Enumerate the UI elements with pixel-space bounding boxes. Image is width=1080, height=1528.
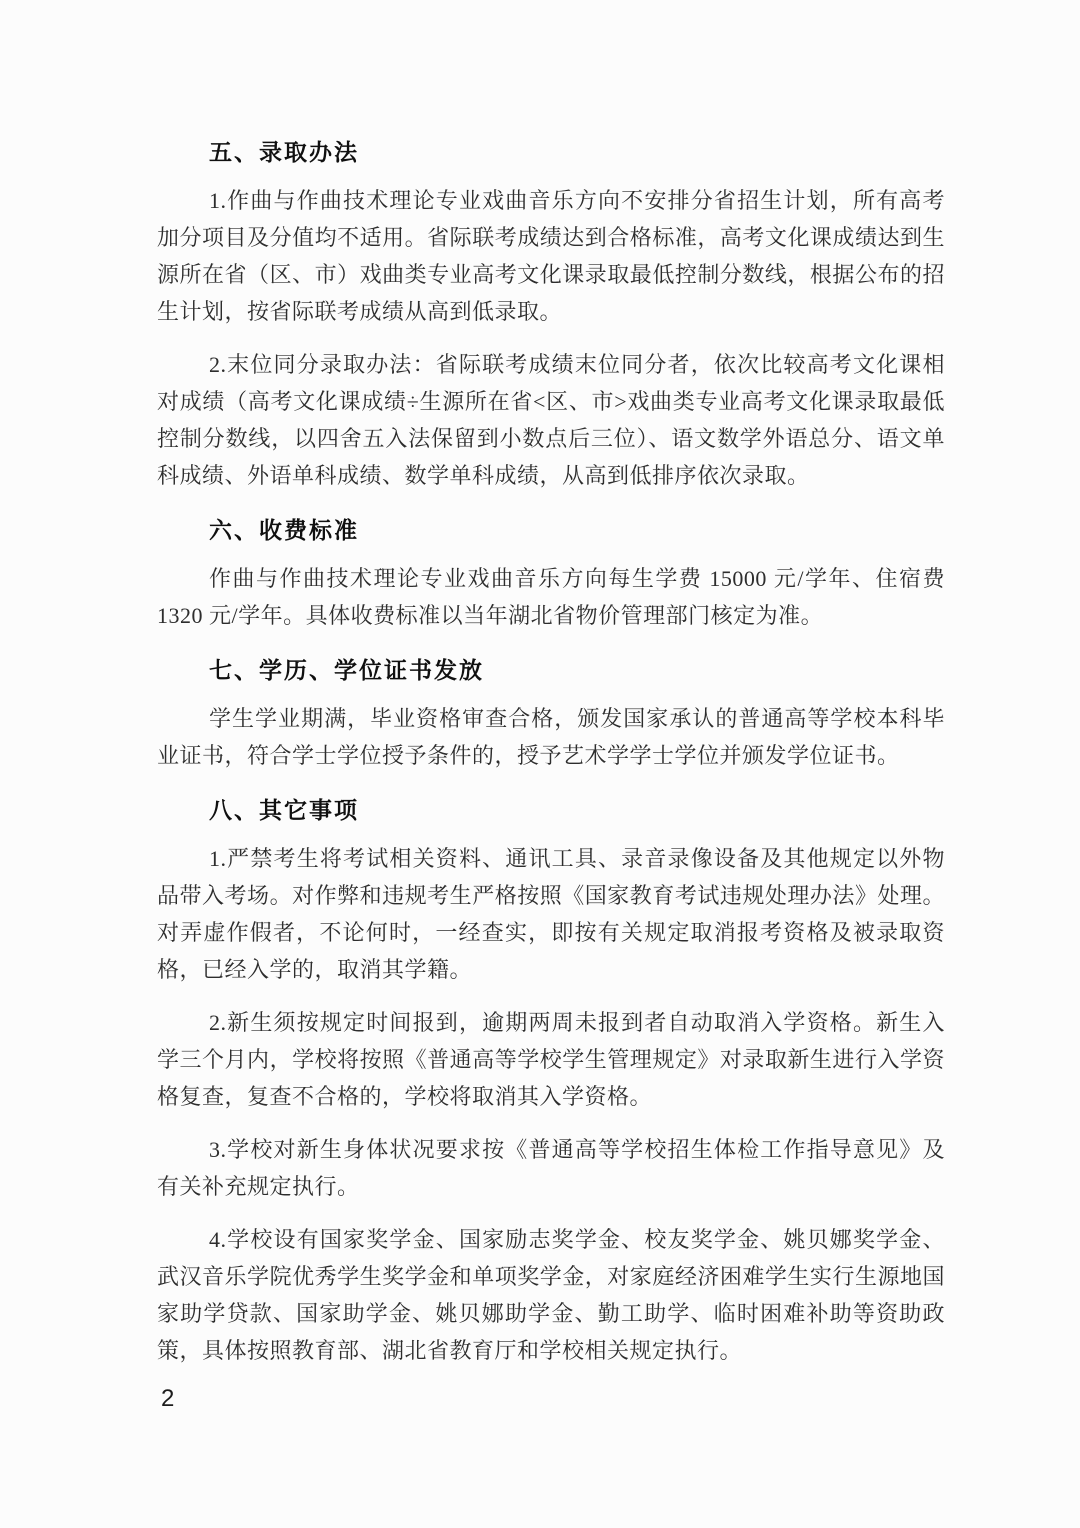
section-fees: 六、收费标准 作曲与作曲技术理论专业戏曲音乐方向每生学费 15000 元/学年、… <box>157 510 945 634</box>
document-canvas: 五、录取办法 1.作曲与作曲技术理论专业戏曲音乐方向不安排分省招生计划，所有高考… <box>0 0 1080 1528</box>
section-heading: 八、其它事项 <box>157 790 945 830</box>
paragraph: 4.学校设有国家奖学金、国家励志奖学金、校友奖学金、姚贝娜奖学金、武汉音乐学院优… <box>157 1221 945 1369</box>
document-page: 五、录取办法 1.作曲与作曲技术理论专业戏曲音乐方向不安排分省招生计划，所有高考… <box>0 0 1080 1528</box>
page-number: 2 <box>161 1385 945 1413</box>
paragraph: 学生学业期满，毕业资格审查合格，颁发国家承认的普通高等学校本科毕业证书，符合学士… <box>157 700 945 774</box>
paragraph: 3.学校对新生身体状况要求按《普通高等学校招生体检工作指导意见》及有关补充规定执… <box>157 1131 945 1205</box>
paragraph: 2.末位同分录取办法：省际联考成绩末位同分者，依次比较高考文化课相对成绩（高考文… <box>157 346 945 494</box>
section-heading: 六、收费标准 <box>157 510 945 550</box>
section-certificates: 七、学历、学位证书发放 学生学业期满，毕业资格审查合格，颁发国家承认的普通高等学… <box>157 650 945 774</box>
section-heading: 五、录取办法 <box>157 132 945 172</box>
section-admission-method: 五、录取办法 1.作曲与作曲技术理论专业戏曲音乐方向不安排分省招生计划，所有高考… <box>157 132 945 494</box>
paragraph: 1.作曲与作曲技术理论专业戏曲音乐方向不安排分省招生计划，所有高考加分项目及分值… <box>157 182 945 330</box>
paragraph: 作曲与作曲技术理论专业戏曲音乐方向每生学费 15000 元/学年、住宿费 132… <box>157 560 945 634</box>
section-other-matters: 八、其它事项 1.严禁考生将考试相关资料、通讯工具、录音录像设备及其他规定以外物… <box>157 790 945 1369</box>
section-heading: 七、学历、学位证书发放 <box>157 650 945 690</box>
paragraph: 1.严禁考生将考试相关资料、通讯工具、录音录像设备及其他规定以外物品带入考场。对… <box>157 840 945 988</box>
paragraph: 2.新生须按规定时间报到，逾期两周未报到者自动取消入学资格。新生入学三个月内，学… <box>157 1004 945 1115</box>
